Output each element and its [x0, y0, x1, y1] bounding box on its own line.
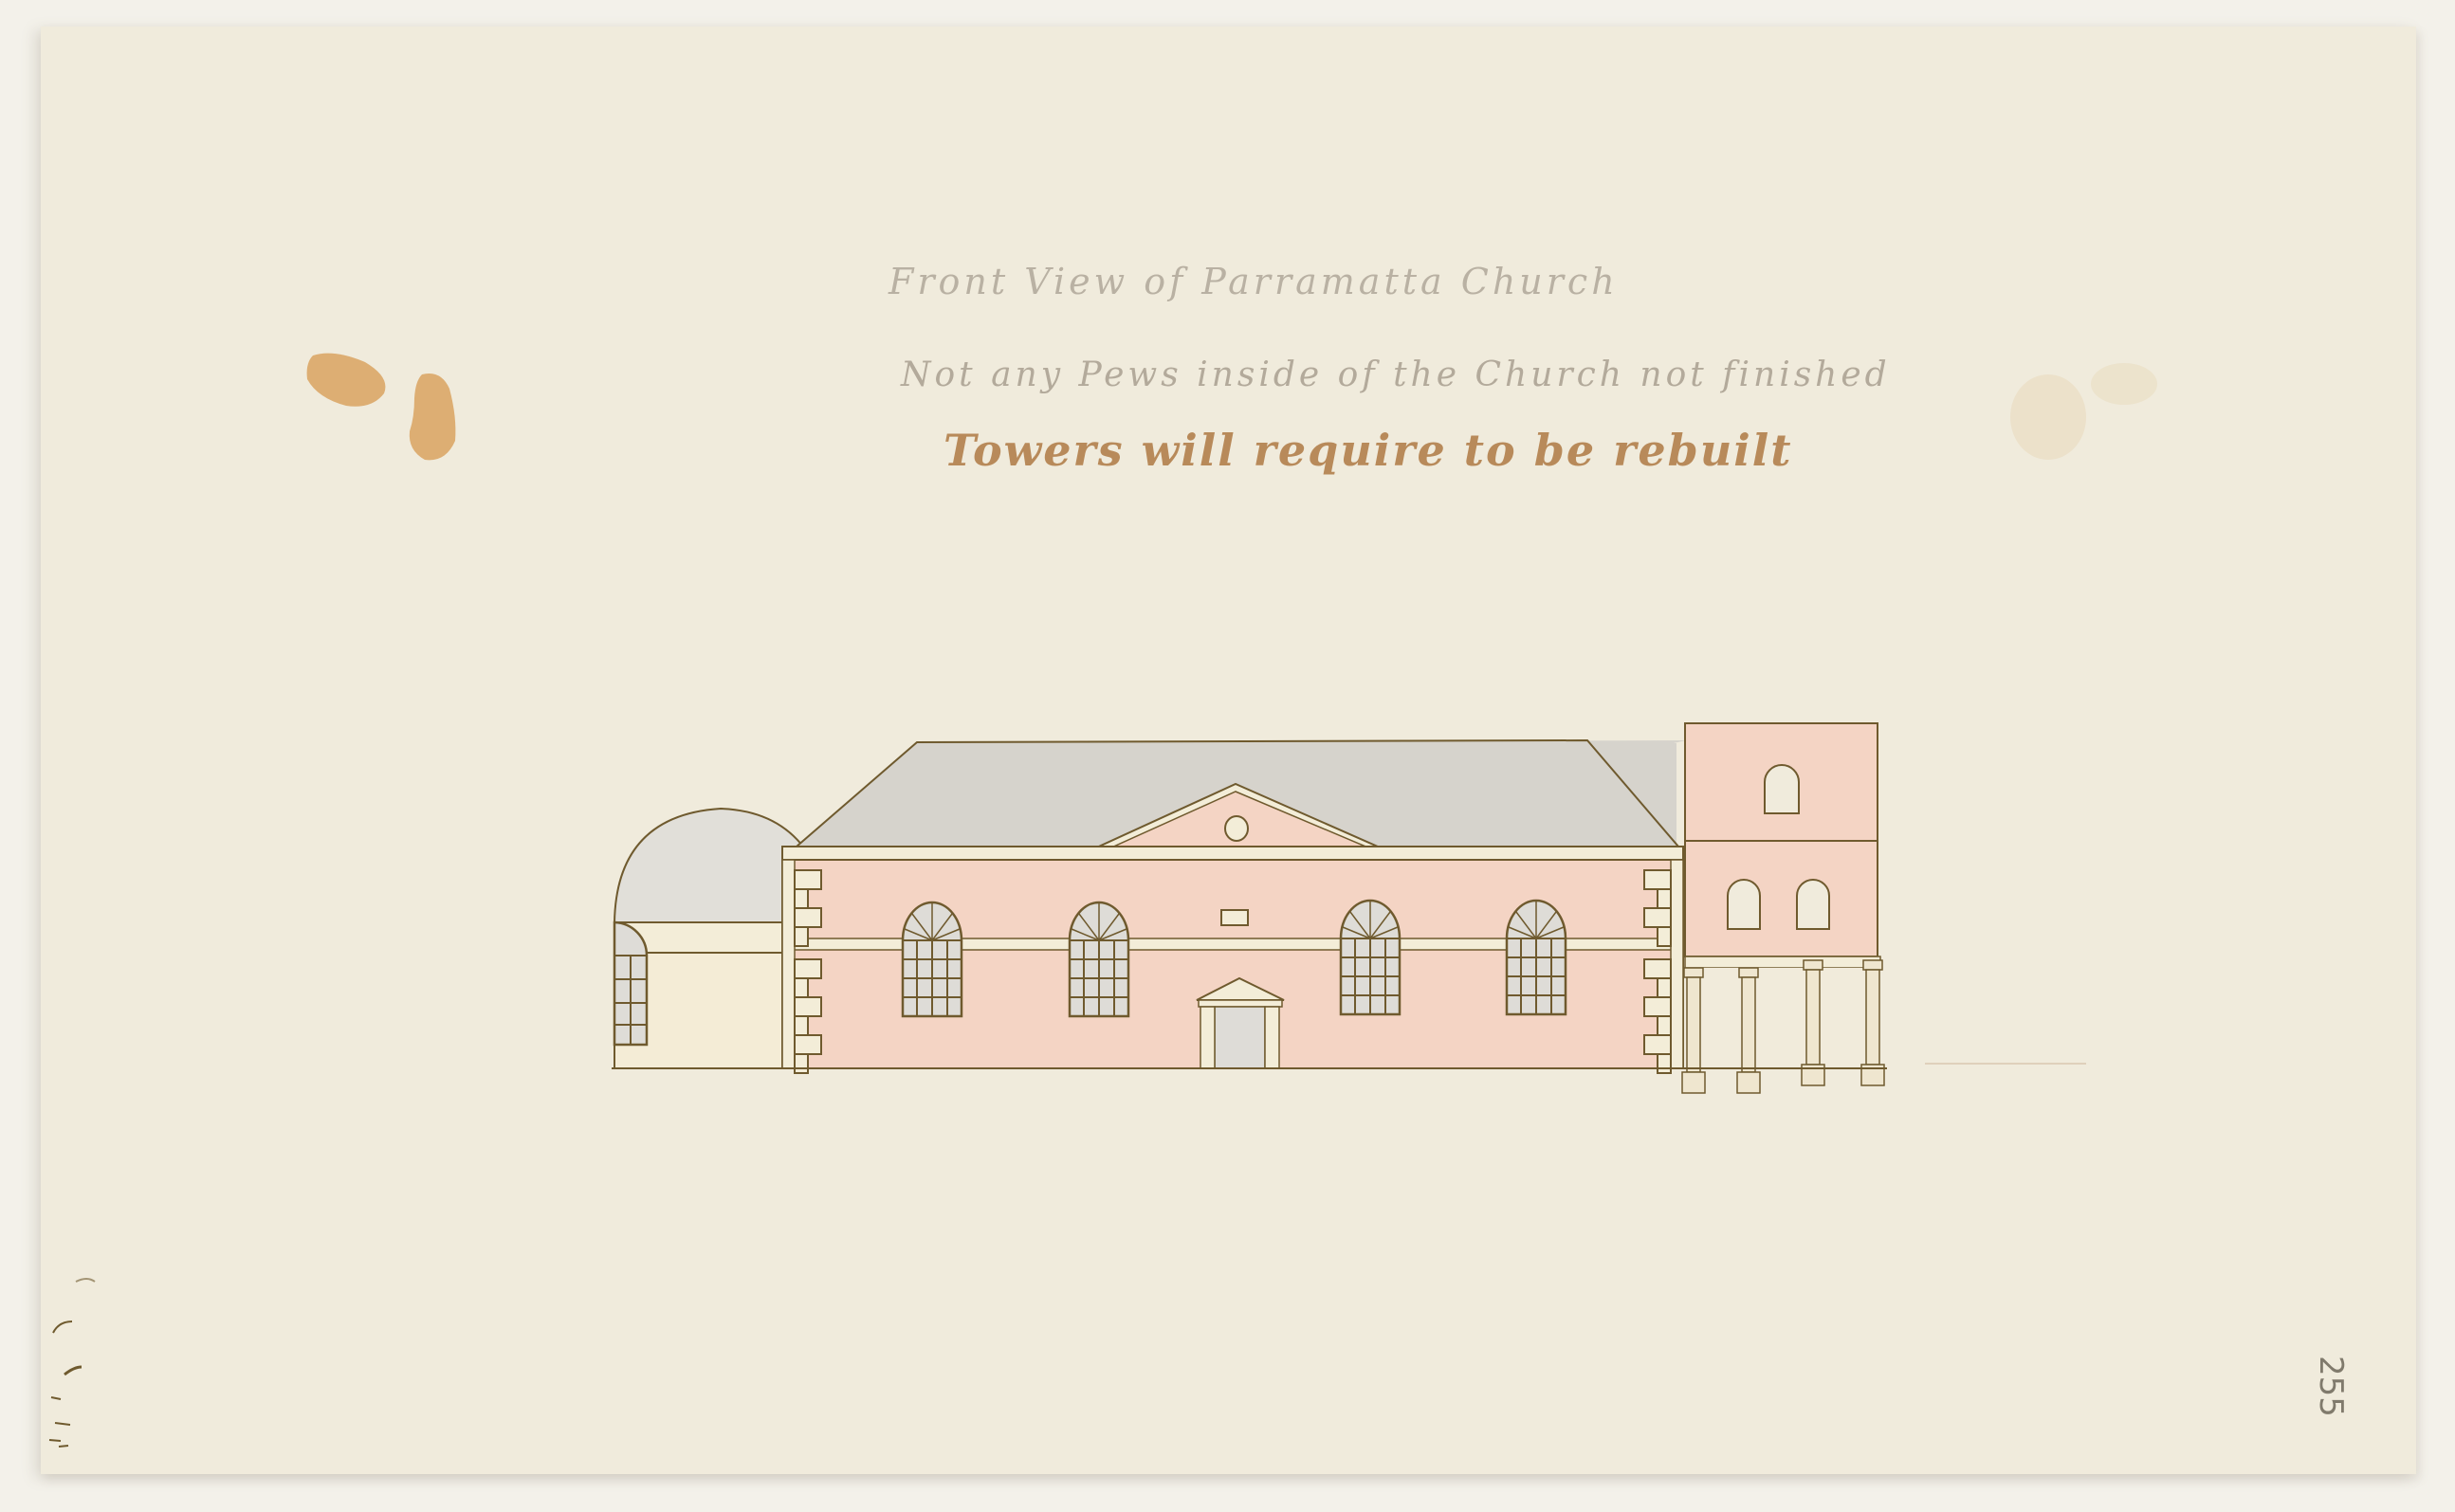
- plaque: [1221, 910, 1248, 925]
- oculus: [1225, 816, 1248, 841]
- tower-entablature: [1685, 956, 1880, 968]
- caption-note: Not any Pews inside of the Church not fi…: [901, 355, 1891, 394]
- caption-annotation: Towers will require to be rebuilt: [944, 425, 1792, 476]
- window-3: [1341, 901, 1400, 1014]
- door: [1215, 1007, 1265, 1068]
- faint-stain: [2010, 374, 2086, 460]
- caption-title: Front View of Parramatta Church: [889, 261, 1619, 302]
- faint-stain-2: [2091, 363, 2157, 405]
- window-4: [1507, 901, 1566, 1014]
- tower-middle: [1685, 841, 1878, 956]
- window-1: [903, 902, 962, 1016]
- window-2: [1070, 902, 1128, 1016]
- stain-left: [307, 354, 386, 407]
- tower-window-left: [1728, 880, 1760, 929]
- main-cornice: [782, 847, 1683, 860]
- stain-right: [410, 373, 456, 460]
- edge-marks: [49, 1279, 95, 1447]
- church-elevation-drawing: [0, 0, 2455, 1512]
- tower-window-right: [1797, 880, 1829, 929]
- annex-window: [614, 922, 647, 1045]
- sheet-number: 255: [2312, 1356, 2350, 1417]
- tower-portico-bg: [1685, 968, 1880, 1066]
- tower-window-top: [1765, 765, 1799, 813]
- annex-dome: [614, 809, 806, 922]
